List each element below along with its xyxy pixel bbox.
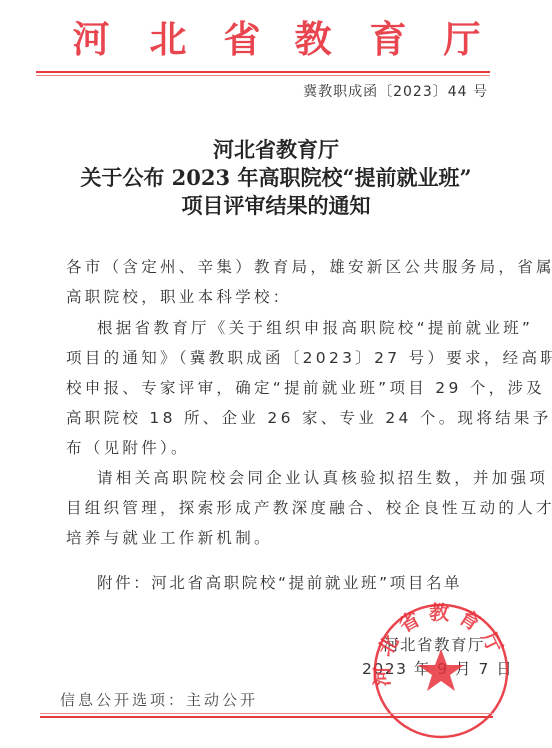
body-line: 培养与就业工作新机制。 — [66, 523, 496, 553]
body-line: 校申报、专家评审，确定“提前就业班”项目 29 个，涉及 — [66, 373, 496, 403]
header-red-rule-thin — [36, 75, 490, 76]
title-line-3: 项目评审结果的通知 — [0, 192, 552, 220]
letterhead-char: 厅 — [442, 18, 482, 60]
body-line: 请相关高职院校会同企业认真核验拟招生数，并加强项 — [97, 463, 527, 493]
signature-issuer: 河北省教育厅 — [383, 635, 485, 655]
body-line: 高职院校，职业本科学校： — [66, 282, 496, 312]
footer-red-rule-thin — [40, 713, 493, 714]
letterhead-char: 北 — [148, 18, 188, 60]
letterhead-char: 省 — [222, 18, 262, 60]
footer-red-rule — [40, 716, 493, 718]
document-number: 冀教职成函〔2023〕44 号 — [303, 82, 488, 102]
letterhead-char: 教 — [293, 18, 333, 60]
letterhead-char: 河 — [71, 18, 111, 60]
body-line: 高职院校 18 所、企业 26 家、专业 24 个。现将结果予以公 — [66, 403, 496, 433]
body-line: 布（见附件）。 — [66, 433, 496, 463]
title-line-2: 关于公布 2023 年高职院校“提前就业班” — [0, 164, 552, 192]
body-line: 项目的通知》（冀教职成函〔2023〕27 号）要求，经高职院 — [66, 343, 496, 373]
body-line: 各市（含定州、辛集）教育局，雄安新区公共服务局，省属 — [66, 252, 496, 282]
letterhead-char: 育 — [368, 18, 408, 60]
header-red-rule — [36, 71, 490, 73]
attachment-line: 附件：河北省高职院校“提前就业班”项目名单 — [97, 568, 527, 598]
body-line: 目组织管理，探索形成产教深度融合、校企良性互动的人才 — [66, 493, 496, 523]
title-line-1: 河北省教育厅 — [0, 136, 552, 164]
disclosure-option: 信息公开选项：主动公开 — [60, 690, 258, 710]
signature-date: 2023 年 9 月 7 日 — [362, 659, 513, 679]
body-line: 根据省教育厅《关于组织申报高职院校“提前就业班” — [97, 313, 527, 343]
